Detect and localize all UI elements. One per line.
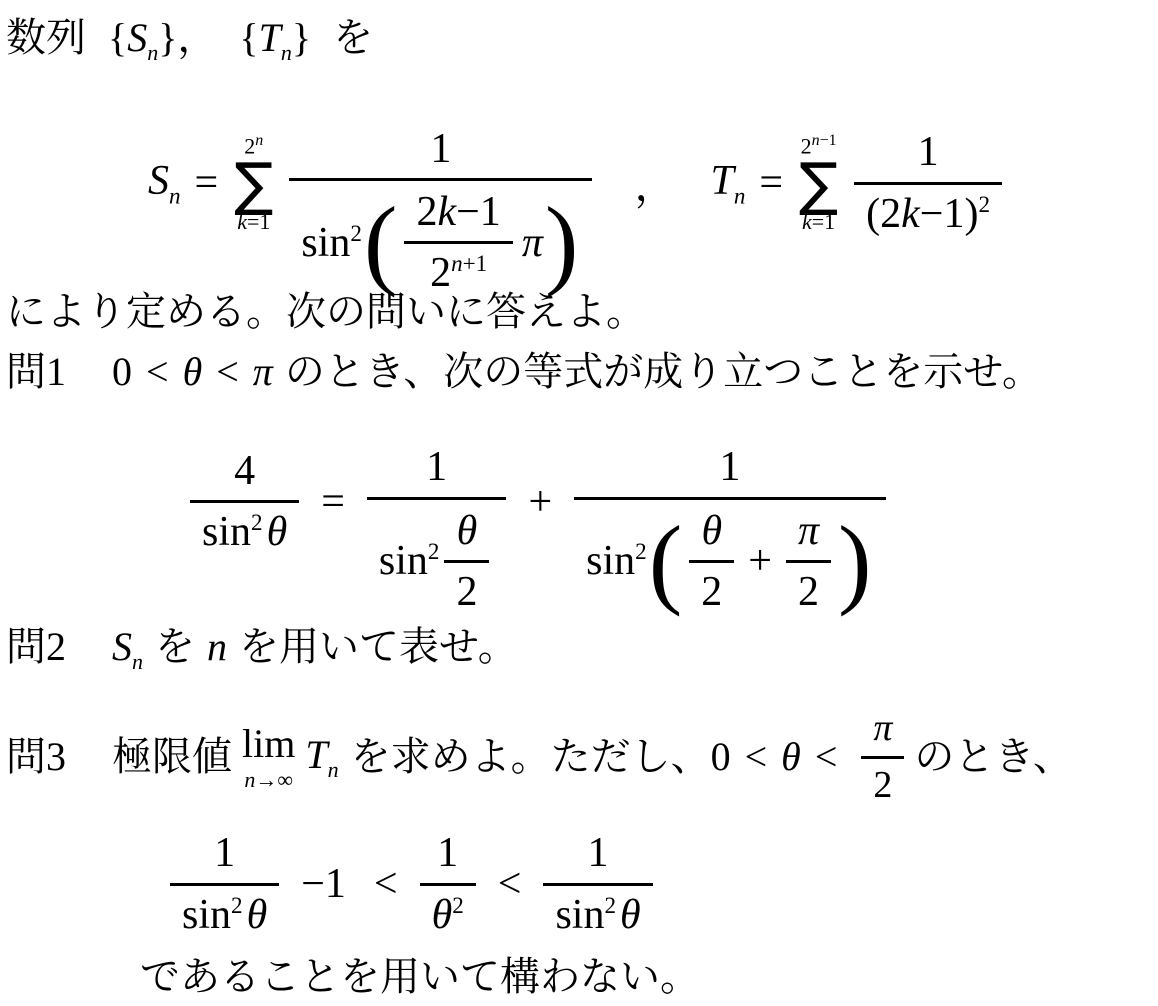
sin-squared: sin2	[586, 537, 647, 585]
lim-word: lim	[242, 724, 295, 764]
theta-symbol: θ	[247, 892, 268, 938]
zero: 0	[711, 731, 731, 783]
numerator-four: 4	[234, 448, 255, 494]
minus-one: −1	[301, 860, 346, 908]
four-over-sin2-theta: 4 sin2θ	[190, 445, 299, 559]
theta-over-2: θ 2	[689, 505, 734, 619]
summation-s: 2n ∑ k=1	[234, 133, 273, 233]
q1-identity-formula: 4 sin2θ = 1 sin2 θ 2 + 1 sin2 ( θ 2	[6, 412, 1152, 591]
base-2: 2	[430, 250, 451, 296]
less-than: <	[745, 731, 768, 783]
infinity-symbol: ∞	[277, 767, 293, 792]
left-paren: (	[866, 191, 880, 237]
two: 2	[873, 764, 892, 806]
pi-symbol: π	[798, 508, 819, 554]
pi-over-2: π 2	[786, 505, 831, 619]
math-problem-page: 数列 {Sn}， {Tn} を Sn = 2n ∑ k=1 1 sin2 ( 2…	[0, 0, 1158, 1006]
var-n: n	[244, 767, 255, 792]
sin-function: sin	[202, 509, 251, 555]
fraction-numerator: 1	[420, 827, 476, 885]
pi-symbol: π	[253, 349, 273, 394]
sub-n: n	[328, 757, 339, 782]
plus-sign: +	[748, 537, 772, 585]
sin-exponent: 2	[428, 538, 440, 564]
var-n: n	[255, 132, 263, 149]
fraction-denominator: sin2θ	[543, 886, 652, 941]
sin-exponent: 2	[251, 509, 263, 535]
numerator-one: 1	[588, 830, 609, 876]
inner-denominator: 2	[444, 563, 489, 618]
inner-denominator: 2	[861, 759, 904, 810]
fraction-numerator: 1	[574, 441, 885, 499]
t-n-variable: Tn	[305, 729, 338, 785]
minus-1: −1	[820, 132, 837, 149]
fraction-numerator: 1	[170, 827, 279, 885]
sum-lower-eq: =1	[247, 209, 270, 234]
question-2-line: 問2Snをnを用いて表せ。	[6, 621, 1152, 677]
equals-sign: =	[321, 478, 345, 526]
summation-t: 2n−1 ∑ k=1	[799, 133, 838, 233]
comma: ，	[177, 15, 217, 60]
q3-inequality-formula: 1 sin2θ −1 < 1 θ2 < 1 sin2θ	[6, 827, 1152, 941]
question-1-label: 問1	[6, 346, 66, 398]
one-over-theta-squared: 1 θ2	[420, 827, 476, 941]
fraction-numerator: 1	[367, 441, 507, 499]
plus-1: +1	[463, 250, 488, 276]
theta-symbol: θ	[701, 508, 722, 554]
one-over-sin2-theta: 1 sin2θ	[543, 827, 652, 941]
t-term-fraction: 1 (2k−1)2	[854, 126, 1002, 240]
sequence-t-notation: {Tn}	[239, 15, 311, 60]
var-n: n	[207, 624, 227, 669]
question-3-mid: を求めよ。ただし、	[351, 731, 711, 783]
left-brace: {	[108, 15, 127, 60]
sin-exponent: 2	[635, 538, 647, 564]
one-over-sin2-half-theta: 1 sin2 θ 2	[367, 441, 507, 620]
sin-function: sin	[182, 892, 231, 938]
inner-denominator: 2n+1	[404, 244, 512, 299]
inner-numerator: π	[861, 705, 904, 759]
var-s: S	[148, 158, 169, 204]
sin-function: sin	[555, 892, 604, 938]
t-n-lhs: Tn	[710, 157, 745, 209]
sum-lower-eq: =1	[812, 209, 835, 234]
pi-symbol: π	[522, 219, 543, 267]
squared-exponent: 2	[452, 892, 464, 918]
question-3-label: 問3	[6, 731, 66, 783]
intro-lead-text: 数列	[6, 15, 86, 60]
less-than: <	[498, 860, 522, 908]
minus-1-paren: −1)	[920, 191, 979, 237]
sin-function: sin	[379, 538, 428, 584]
two: 2	[701, 569, 722, 615]
var-t: T	[305, 732, 327, 777]
sin-exponent: 2	[350, 220, 362, 246]
inner-numerator: θ	[444, 505, 489, 563]
sum-upper-exp: n	[255, 132, 263, 149]
sin-exponent: 2	[231, 892, 243, 918]
fraction-numerator: 1	[289, 123, 592, 181]
var-n: n	[812, 132, 820, 149]
right-paren: )	[545, 192, 579, 293]
s-n-lhs: Sn	[148, 157, 181, 209]
sigma-symbol: ∑	[799, 158, 838, 211]
sub-n: n	[169, 182, 181, 208]
sum-lower-limit: k=1	[237, 211, 270, 233]
s-n-variable: Sn	[112, 624, 143, 669]
var-s: S	[127, 15, 147, 60]
sigma-symbol: ∑	[234, 158, 273, 211]
two: 2	[798, 569, 819, 615]
closing-line: であることを用いて構わない。	[6, 951, 1152, 1003]
fraction-numerator: 1	[543, 827, 652, 885]
sin-exponent: 2	[604, 892, 616, 918]
left-brace: {	[239, 15, 258, 60]
question-2-tail: を用いて表せ。	[239, 624, 518, 669]
fraction-denominator: sin2 θ 2	[367, 500, 507, 621]
sin-function: sin	[301, 220, 350, 266]
exp-n-plus-1: n+1	[451, 250, 487, 276]
var-k: k	[437, 189, 456, 235]
sin-squared: sin2	[379, 537, 440, 585]
theta-symbol: θ	[620, 892, 641, 938]
theta-over-2: θ 2	[444, 505, 489, 619]
fraction-numerator: 4	[190, 445, 299, 503]
particle-wo: を	[155, 624, 195, 669]
fraction-denominator: sin2 ( θ 2 + π 2 )	[574, 500, 885, 621]
question-3-tail: のとき、	[914, 731, 1072, 783]
var-s: S	[112, 624, 132, 669]
numerator-one: 1	[719, 444, 740, 490]
fraction-denominator: (2k−1)2	[854, 185, 1002, 240]
question-2-label: 問2	[6, 621, 66, 673]
fraction-denominator: sin2θ	[170, 886, 279, 941]
coef-2: 2	[880, 191, 901, 237]
limit-operator: lim n→∞	[242, 724, 295, 791]
theta-symbol: θ	[457, 508, 478, 554]
less-than: <	[374, 860, 398, 908]
sequence-s-notation: {Sn}	[108, 15, 177, 60]
right-brace: }	[158, 15, 177, 60]
less-than: <	[146, 349, 169, 394]
var-n: n	[451, 250, 463, 276]
equals-sign: =	[759, 159, 783, 207]
intro-line: 数列 {Sn}， {Tn} を	[6, 12, 1152, 68]
two: 2	[456, 569, 477, 615]
pi-symbol: π	[873, 707, 892, 749]
inner-fraction-2k-1-over-2n1: 2k−1 2n+1	[404, 186, 512, 300]
inner-denominator: 2	[689, 563, 734, 618]
var-k: k	[802, 209, 812, 234]
definition-formula-row: Sn = 2n ∑ k=1 1 sin2 ( 2k−1 2n+1 π ) ， T…	[6, 94, 1152, 273]
sub-n: n	[734, 182, 746, 208]
numerator-one: 1	[214, 830, 235, 876]
sub-n: n	[281, 40, 292, 65]
left-paren: (	[364, 192, 398, 293]
question-3-line: 問3 極限値 lim n→∞ Tn を求めよ。ただし、 0 < θ < π 2 …	[6, 705, 1152, 809]
arrow-right: →	[255, 767, 277, 792]
pi-over-2: π 2	[861, 705, 904, 809]
inner-numerator: 2k−1	[404, 186, 512, 244]
numerator-one: 1	[437, 830, 458, 876]
lim-subscript: n→∞	[244, 769, 293, 791]
question-3-lead: 極限値	[112, 731, 232, 783]
left-paren: (	[649, 511, 683, 612]
right-brace: }	[292, 15, 311, 60]
question-1-tail: のとき、次の等式が成り立つことを示せ。	[285, 349, 1042, 394]
squared-exponent: 2	[978, 191, 990, 217]
right-paren: )	[838, 511, 872, 612]
var-k: k	[901, 191, 920, 237]
minus-1: −1	[456, 189, 501, 235]
var-t: T	[259, 15, 281, 60]
theta-symbol: θ	[432, 892, 453, 938]
sub-n: n	[147, 40, 158, 65]
inner-numerator: π	[786, 505, 831, 563]
sub-n: n	[132, 649, 143, 674]
fraction-denominator: θ2	[420, 886, 476, 941]
theta-symbol: θ	[267, 509, 288, 555]
coef-2: 2	[416, 189, 437, 235]
zero: 0	[112, 349, 132, 394]
sin-function: sin	[586, 538, 635, 584]
inner-numerator: θ	[689, 505, 734, 563]
intro-particle: を	[333, 15, 373, 60]
var-t: T	[710, 158, 733, 204]
numerator-one: 1	[918, 129, 939, 175]
less-than: <	[815, 731, 838, 783]
s-term-fraction: 1 sin2 ( 2k−1 2n+1 π )	[289, 123, 592, 302]
inner-denominator: 2	[786, 563, 831, 618]
var-k: k	[237, 209, 247, 234]
one-over-sin2-theta: 1 sin2θ	[170, 827, 279, 941]
sum-lower-limit: k=1	[802, 211, 835, 233]
one-over-sin2-half-theta-plus-half-pi: 1 sin2 ( θ 2 + π 2 )	[574, 441, 885, 620]
formula-separator-comma: ，	[634, 153, 676, 213]
fraction-denominator: sin2θ	[190, 503, 299, 558]
fraction-numerator: 1	[854, 126, 1002, 184]
question-1-line: 問10<θ<πのとき、次の等式が成り立つことを示せ。	[6, 346, 1152, 398]
numerator-one: 1	[430, 126, 451, 172]
sum-upper-exp: n−1	[812, 132, 837, 149]
sin-squared: sin2	[301, 219, 362, 267]
fraction-denominator: sin2 ( 2k−1 2n+1 π )	[289, 181, 592, 302]
theta-symbol: θ	[183, 349, 203, 394]
theta-symbol: θ	[781, 731, 801, 783]
plus-sign: +	[528, 478, 552, 526]
closing-text: であることを用いて構わない。	[140, 954, 700, 999]
less-than: <	[216, 349, 239, 394]
equals-sign: =	[195, 159, 219, 207]
numerator-one: 1	[426, 444, 447, 490]
